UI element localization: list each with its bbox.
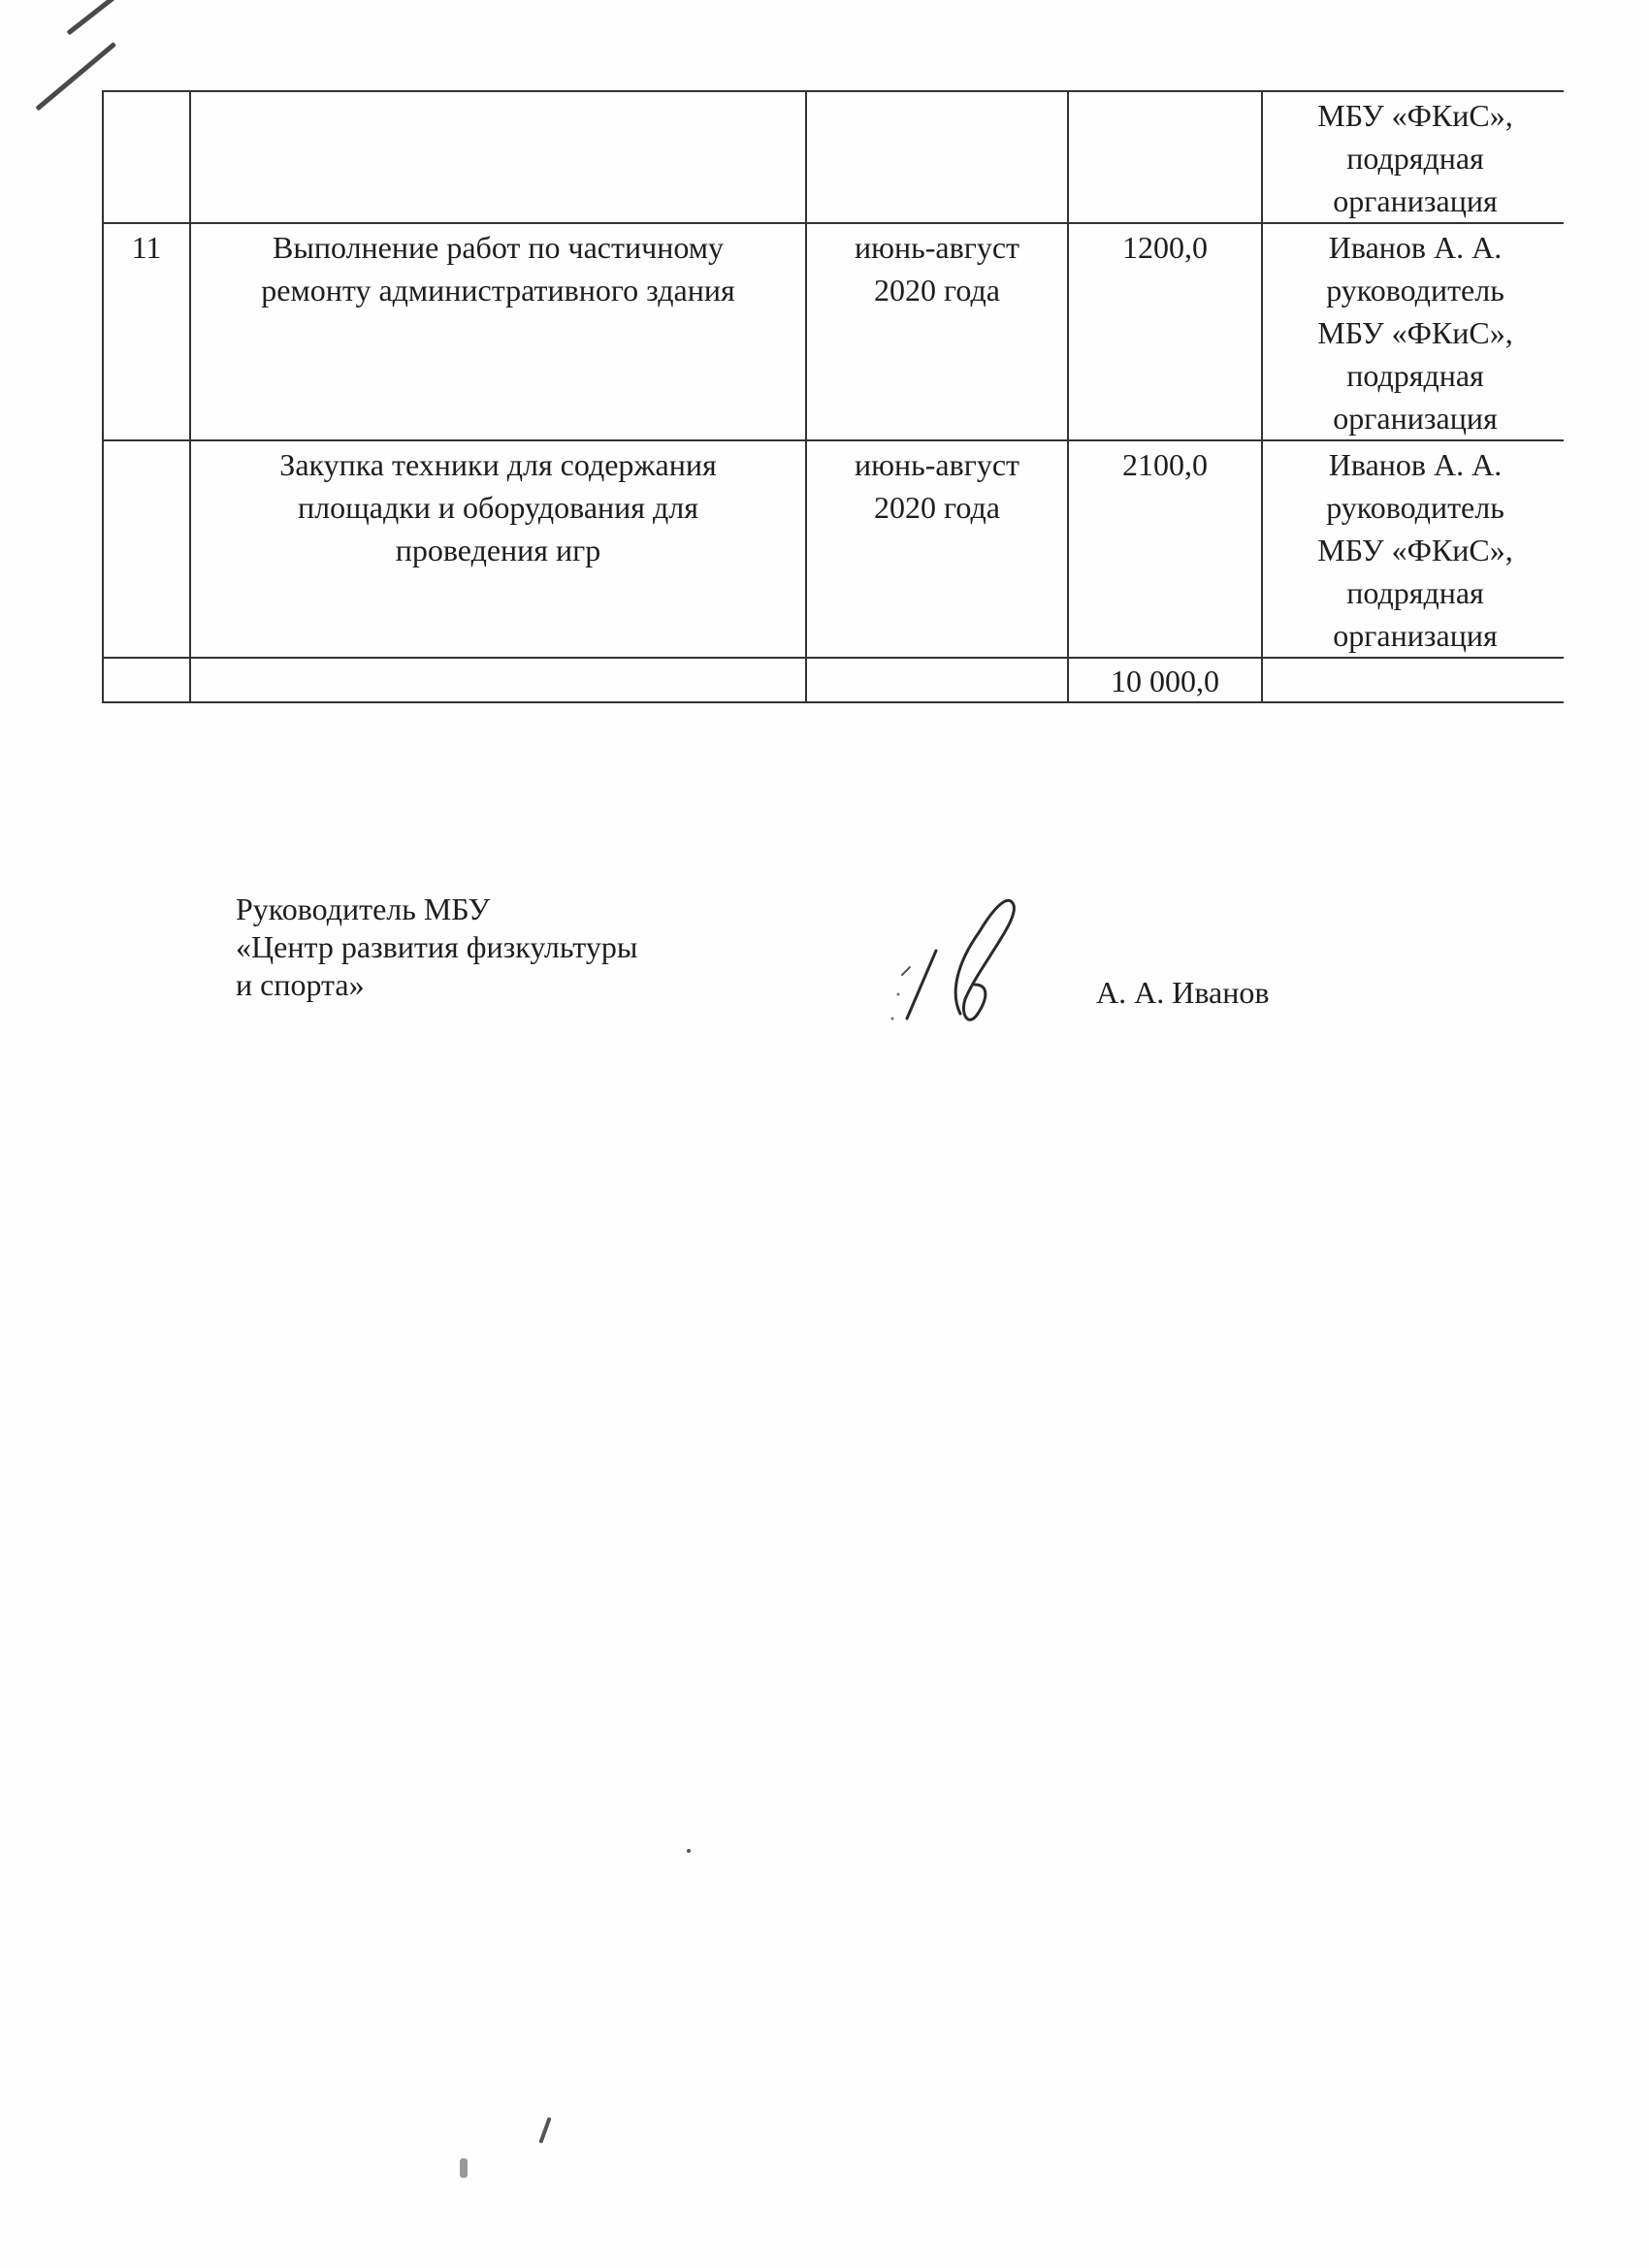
responsible-line: подрядная (1269, 571, 1562, 614)
responsible-cell (1262, 658, 1568, 702)
handwritten-signature-icon (863, 878, 1038, 1033)
responsible-line: МБУ «ФКиС», (1269, 311, 1562, 354)
row-number-cell (103, 91, 190, 223)
period-line: 2020 года (813, 269, 1061, 311)
activity-name-cell: Выполнение работ по частичному ремонту а… (190, 223, 806, 440)
scan-speck (460, 2158, 468, 2178)
table-row: МБУ «ФКиС», подрядная организация (103, 91, 1568, 223)
row-number-cell: 11 (103, 223, 190, 440)
activity-name-cell (190, 658, 806, 702)
responsible-cell: МБУ «ФКиС», подрядная организация (1262, 91, 1568, 223)
signatory-position: Руководитель МБУ «Центр развития физкуль… (236, 891, 637, 1004)
responsible-cell: Иванов А. А. руководитель МБУ «ФКиС», по… (1262, 223, 1568, 440)
scan-speck (687, 1849, 691, 1853)
amount-cell: 1200,0 (1068, 223, 1262, 440)
responsible-line: руководитель (1269, 269, 1562, 311)
signatory-name: А. А. Иванов (1096, 973, 1269, 1012)
signatory-position-line: «Центр развития физкультуры (236, 928, 637, 966)
responsible-cell: Иванов А. А. руководитель МБУ «ФКиС», по… (1262, 440, 1568, 658)
responsible-line: руководитель (1269, 486, 1562, 529)
activity-name-line: площадки и оборудования для (197, 486, 799, 529)
activity-name-line: ремонту административного здания (197, 269, 799, 311)
scan-edge (1564, 78, 1649, 718)
amount-cell (1068, 91, 1262, 223)
amount-cell: 2100,0 (1068, 440, 1262, 658)
signatory-position-line: и спорта» (236, 966, 637, 1004)
responsible-line: Иванов А. А. (1269, 226, 1562, 269)
responsible-line: МБУ «ФКиС», (1269, 94, 1562, 137)
responsible-line: подрядная (1269, 354, 1562, 397)
document-page: МБУ «ФКиС», подрядная организация 11 Вып… (0, 0, 1649, 2268)
period-cell: июнь-август 2020 года (806, 223, 1068, 440)
row-number-cell (103, 658, 190, 702)
activity-name-line: проведения игр (197, 529, 799, 571)
table-row: 11 Выполнение работ по частичному ремонт… (103, 223, 1568, 440)
activity-name-line: Выполнение работ по частичному (197, 226, 799, 269)
signatory-position-line: Руководитель МБУ (236, 891, 637, 928)
activity-name-line: Закупка техники для содержания (197, 443, 799, 486)
activity-name-cell: Закупка техники для содержания площадки … (190, 440, 806, 658)
period-line: июнь-август (813, 443, 1061, 486)
responsible-line: подрядная (1269, 137, 1562, 179)
period-cell (806, 658, 1068, 702)
table-row: Закупка техники для содержания площадки … (103, 440, 1568, 658)
responsible-line: Иванов А. А. (1269, 443, 1562, 486)
period-line: 2020 года (813, 486, 1061, 529)
period-cell: июнь-август 2020 года (806, 440, 1068, 658)
period-line: июнь-август (813, 226, 1061, 269)
row-number-cell (103, 440, 190, 658)
scan-artifact-mark (66, 0, 138, 35)
total-amount-cell: 10 000,0 (1068, 658, 1262, 702)
total-row: 10 000,0 (103, 658, 1568, 702)
period-cell (806, 91, 1068, 223)
scan-speck (538, 2117, 551, 2144)
responsible-line: организация (1269, 397, 1562, 439)
responsible-line: МБУ «ФКиС», (1269, 529, 1562, 571)
responsible-line: организация (1269, 179, 1562, 222)
responsible-line: организация (1269, 614, 1562, 657)
activity-name-cell (190, 91, 806, 223)
activities-table: МБУ «ФКиС», подрядная организация 11 Вып… (102, 90, 1568, 703)
